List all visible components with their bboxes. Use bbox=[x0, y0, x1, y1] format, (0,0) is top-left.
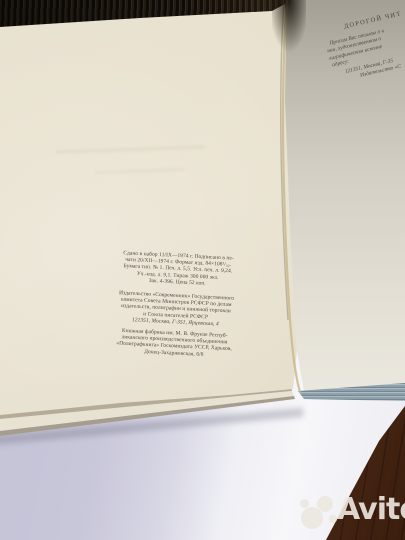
avito-logo-dot-icon bbox=[329, 515, 337, 523]
colophon-block: Сдано в набор 11/IX—1974 г. Подписано в … bbox=[93, 249, 259, 361]
gutter-top-shadow bbox=[272, 0, 306, 62]
publisher-paragraph: Издательство «Современник» Государственн… bbox=[94, 289, 257, 330]
avito-logo-dot-icon bbox=[301, 507, 323, 529]
avito-brand-text: Avito bbox=[337, 492, 405, 527]
avito-watermark: Avito bbox=[291, 486, 405, 538]
imprint-paragraph: Сдано в набор 11/IX—1974 г. Подписано в … bbox=[96, 249, 259, 290]
photo-book-on-table: Сдано в набор 11/IX—1974 г. Подписано в … bbox=[0, 0, 405, 540]
